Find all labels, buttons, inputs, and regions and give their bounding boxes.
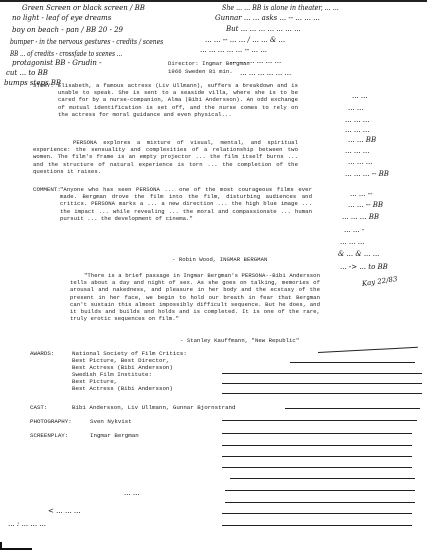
margin-note: ... ... -- (350, 190, 373, 199)
handwritten-note: ... : ... ... ... (8, 520, 46, 529)
scan-corner-mark (0, 542, 2, 550)
screenplay-value: Ingmar Bergman (90, 432, 139, 439)
margin-note: ... ... ... (348, 158, 372, 167)
handwriting-stroke (222, 456, 412, 457)
handwriting-stroke (290, 362, 415, 363)
handwritten-note: protagonist BB - Grudin - (12, 59, 101, 68)
handwritten-note: But ... ... ... ... ... ... ... (226, 25, 301, 34)
award-item: Best Actress (Bibi Andersson) (72, 385, 173, 392)
synopsis-paragraph-1: Elisabeth, a famous actress (Liv Ullmann… (58, 82, 298, 118)
handwritten-note: Gunnar ... ... asks ... -- ... ... ... (215, 14, 320, 23)
margin-note: ... ... (348, 104, 364, 113)
handwriting-stroke (225, 490, 415, 491)
date-note: Kay 22/83 (361, 275, 398, 289)
review-quote: "There is a brief passage in Ingmar Berg… (70, 272, 320, 322)
handwriting-stroke (222, 433, 412, 434)
handwritten-note: Green Screen or black screen / BB (22, 4, 145, 13)
handwriting-stroke (222, 420, 417, 421)
cast-value: Bibi Andersson, Liv Ullmann, Gunnar Bjor… (72, 404, 236, 411)
quote-attribution: - Stanley Kauffmann, "New Republic" (180, 337, 299, 344)
margin-note: ... ... - (344, 226, 364, 235)
handwriting-stroke (225, 502, 415, 503)
award-item: Best Picture, Best Director, (72, 357, 169, 364)
handwritten-note: ... ... -- ... ... / ... ... & ... (205, 36, 285, 45)
margin-note: ... ... -- BB (348, 201, 383, 210)
screenplay-label: SCREENPLAY: (30, 432, 68, 439)
handwritten-note: ... ... ... ... ... ... (240, 69, 291, 78)
handwritten-note: ... ... ... ... ... -- ... ... (200, 46, 267, 55)
handwritten-note: bumper - in the nervous gestures - credi… (10, 38, 163, 47)
handwritten-note: BB ... of credits - crossfade to scenes … (10, 50, 122, 59)
handwriting-stroke (222, 383, 422, 384)
handwriting-stroke (222, 393, 422, 394)
awards-label: AWARDS: (30, 350, 54, 357)
margin-note: & ... & ... ... (338, 250, 379, 259)
margin-note: ... ... ... (340, 238, 364, 247)
margin-note: ... ... ... -- BB (345, 170, 389, 179)
photography-value: Sven Nykvist (90, 418, 132, 425)
handwriting-stroke (222, 525, 412, 526)
handwritten-note: no light - leaf of eye dreams (12, 14, 111, 23)
film-year-line: 1966 Sweden 81 min. (168, 68, 233, 75)
comment-attribution: - Robin Wood, INGMAR BERGMAN (172, 256, 267, 263)
award-item: National Society of Film Critics: (72, 350, 187, 357)
handwritten-note: She ... ... BB is alone in theater, ... … (222, 4, 339, 13)
margin-note: ... ... BB (348, 136, 376, 145)
handwriting-stroke (222, 373, 422, 374)
page-top-edge (0, 0, 427, 2)
margin-note: ... ... ... BB (342, 213, 379, 222)
film-director-line: Director: Ingmar Bergman (168, 60, 250, 67)
handwritten-note: cut ... to BB (6, 69, 48, 78)
scanned-document-page: Green Screen or black screen / BB no lig… (0, 0, 427, 550)
synopsis-paragraph-2: PERSONA explores a mixture of visual, me… (33, 139, 298, 175)
handwriting-stroke (222, 513, 412, 514)
handwriting-stroke (285, 408, 420, 409)
handwriting-stroke (230, 478, 415, 479)
comment-label: COMMENT: (33, 186, 61, 193)
cast-label: CAST: (30, 404, 47, 411)
handwriting-stroke (222, 467, 412, 468)
handwriting-stroke (318, 347, 418, 353)
handwriting-stroke (222, 445, 412, 446)
handwritten-note: ... ... (124, 489, 140, 498)
handwritten-note: boy on beach - pan / BB 20 - 29 (12, 26, 123, 35)
handwritten-note: < ... ... ... (48, 507, 81, 516)
comment-text: "Anyone who has seen PERSONA ... one of … (60, 186, 312, 222)
award-item: Best Actress (Bibi Andersson) (72, 364, 173, 371)
margin-note: ... ... ... (345, 147, 369, 156)
margin-note: ... ... ... (345, 116, 369, 125)
margin-note: ... ... (352, 92, 368, 101)
synopsis-label: STORY: (33, 82, 54, 89)
photography-label: PHOTOGRAPHY: (30, 418, 72, 425)
award-item: Swedish Film Institute: (72, 371, 152, 378)
margin-note: ... ... ... (345, 126, 369, 135)
margin-note: ... -> ... to BB (340, 263, 388, 272)
award-item: Best Picture, (72, 378, 117, 385)
